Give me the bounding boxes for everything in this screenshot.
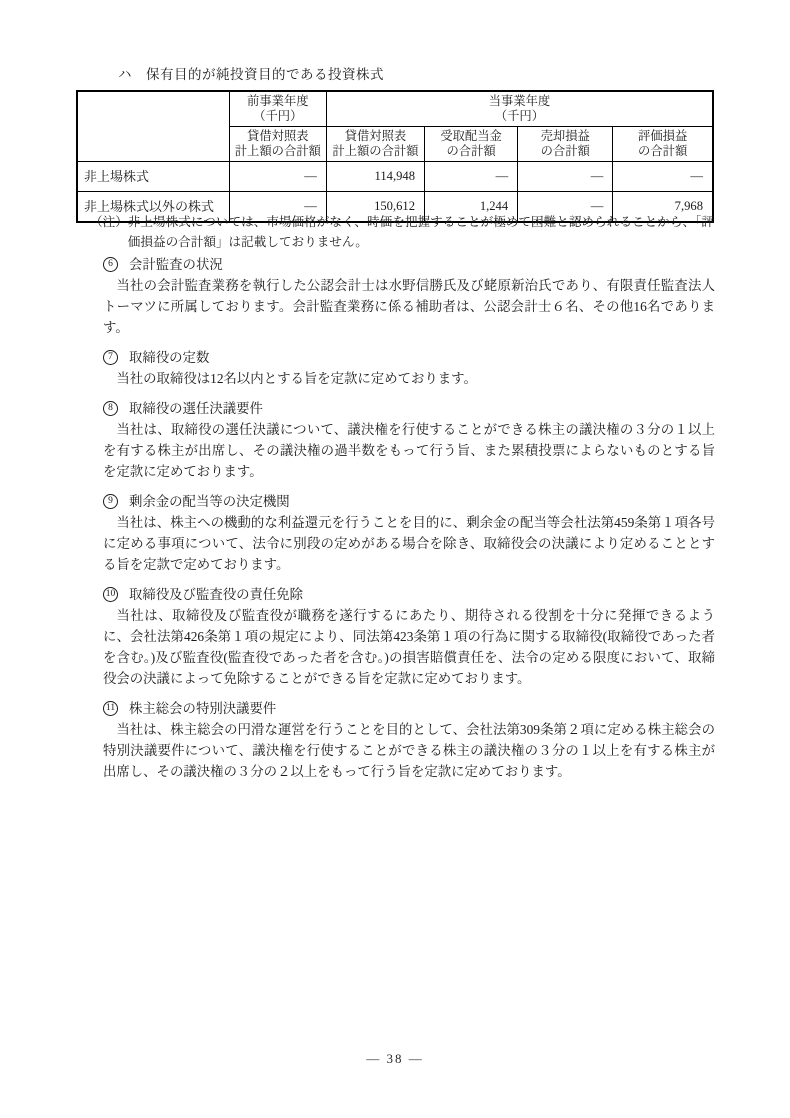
header-line: 貸借対照表 [327,129,424,144]
section-heading: 取締役の選任決議要件 [129,398,263,419]
table-header-row-years: 前事業年度 （千円） 当事業年度 （千円） [77,91,713,127]
header-balance-sheet-prev: 貸借対照表 計上額の合計額 [229,127,326,162]
table-cell: ― [229,162,326,192]
header-line: 貸借対照表 [230,129,326,144]
table-corner-cell [77,91,229,162]
table-cell: ― [518,162,613,192]
document-page: ハ 保有目的が純投資目的である投資株式 前事業年度 （千円） 当事業年度 （千円… [0,0,790,1118]
table-cell: 114,948 [326,162,424,192]
circled-number-icon: 6 [103,257,118,272]
section-body: 当社は、株主総会の円滑な運営を行うことを目的として、会社法第309条第２項に定め… [103,719,715,782]
table-cell: ― [425,162,518,192]
table-cell: ― [613,162,713,192]
investment-stocks-table: 前事業年度 （千円） 当事業年度 （千円） 貸借対照表 計上額の合計額 貸借対照… [76,90,714,223]
section-body: 当社の会計監査業務を執行した公認会計士は水野信勝氏及び蛯原新治氏であり、有限責任… [103,275,715,338]
section-heading: 会計監査の状況 [129,254,223,275]
section-liability-exemption: 10 取締役及び監査役の責任免除 当社は、取締役及び監査役が職務を遂行するにあた… [103,584,715,689]
footnote-label: （注） [90,213,128,252]
section-body: 当社は、取締役及び監査役が職務を遂行するにあたり、期待される役割を十分に発揮でき… [103,605,715,689]
header-line: 評価損益 [613,129,712,144]
footnote-text: 非上場株式については、市場価格がなく、時価を把握することが極めて困難と認められる… [128,213,714,252]
header-prev-year-line1: 前事業年度 [230,94,326,109]
section-body: 当社の取締役は12名以内とする旨を定款に定めております。 [103,368,715,389]
header-line: 計上額の合計額 [327,144,424,159]
section-heading-row: 6 会計監査の状況 [103,254,715,275]
circled-number-icon: 8 [103,401,118,416]
section-body: 当社は、取締役の選任決議について、議決権を行使することができる株主の議決権の３分… [103,419,715,482]
circled-number-icon: 10 [103,587,118,602]
page-number-footer: ― 38 ― [0,1048,790,1069]
section-dividend-decision: 9 剰余金の配当等の決定機関 当社は、株主への機動的な利益還元を行うことを目的に… [103,491,715,575]
section-audit-status: 6 会計監査の状況 当社の会計監査業務を執行した公認会計士は水野信勝氏及び蛯原新… [103,254,715,338]
row-label: 非上場株式 [77,162,229,192]
header-line: 売却損益 [518,129,612,144]
section-director-election: 8 取締役の選任決議要件 当社は、取締役の選任決議について、議決権を行使すること… [103,398,715,482]
sections-list: 6 会計監査の状況 当社の会計監査業務を執行した公認会計士は水野信勝氏及び蛯原新… [103,254,715,782]
table-footnote: （注） 非上場株式については、市場価格がなく、時価を把握することが極めて困難と認… [90,213,714,252]
header-prev-year: 前事業年度 （千円） [229,91,326,127]
header-balance-sheet-curr: 貸借対照表 計上額の合計額 [326,127,424,162]
header-line: の合計額 [613,144,712,159]
circled-number-icon: 11 [103,701,118,716]
section-heading-row: 7 取締役の定数 [103,347,715,368]
header-curr-year-line2: （千円） [327,109,712,124]
section-heading: 取締役の定数 [129,347,209,368]
header-curr-year-line1: 当事業年度 [327,94,712,109]
section-heading-row: 11 株主総会の特別決議要件 [103,698,715,719]
section-special-resolution: 11 株主総会の特別決議要件 当社は、株主総会の円滑な運営を行うことを目的として… [103,698,715,782]
circled-number-icon: 7 [103,350,118,365]
section-heading-row: 9 剰余金の配当等の決定機関 [103,491,715,512]
section-director-count: 7 取締役の定数 当社の取締役は12名以内とする旨を定款に定めております。 [103,347,715,389]
section-heading: 剰余金の配当等の決定機関 [129,491,290,512]
header-line: 受取配当金 [425,129,517,144]
table-row-unlisted: 非上場株式 ― 114,948 ― ― ― [77,162,713,192]
circled-number-icon: 9 [103,494,118,509]
section-heading: 株主総会の特別決議要件 [129,698,276,719]
section-heading-row: 8 取締役の選任決議要件 [103,398,715,419]
header-curr-year: 当事業年度 （千円） [326,91,713,127]
section-body: 当社は、株主への機動的な利益還元を行うことを目的に、剰余金の配当等会社法第459… [103,512,715,575]
section-heading-row: 10 取締役及び監査役の責任免除 [103,584,715,605]
section-heading: 取締役及び監査役の責任免除 [129,584,303,605]
header-line: の合計額 [425,144,517,159]
page-title: ハ 保有目的が純投資目的である投資株式 [118,64,384,85]
header-line: の合計額 [518,144,612,159]
header-prev-year-line2: （千円） [230,109,326,124]
header-valuation-gains: 評価損益 の合計額 [613,127,713,162]
header-line: 計上額の合計額 [230,144,326,159]
header-dividends: 受取配当金 の合計額 [425,127,518,162]
header-sale-gains: 売却損益 の合計額 [518,127,613,162]
